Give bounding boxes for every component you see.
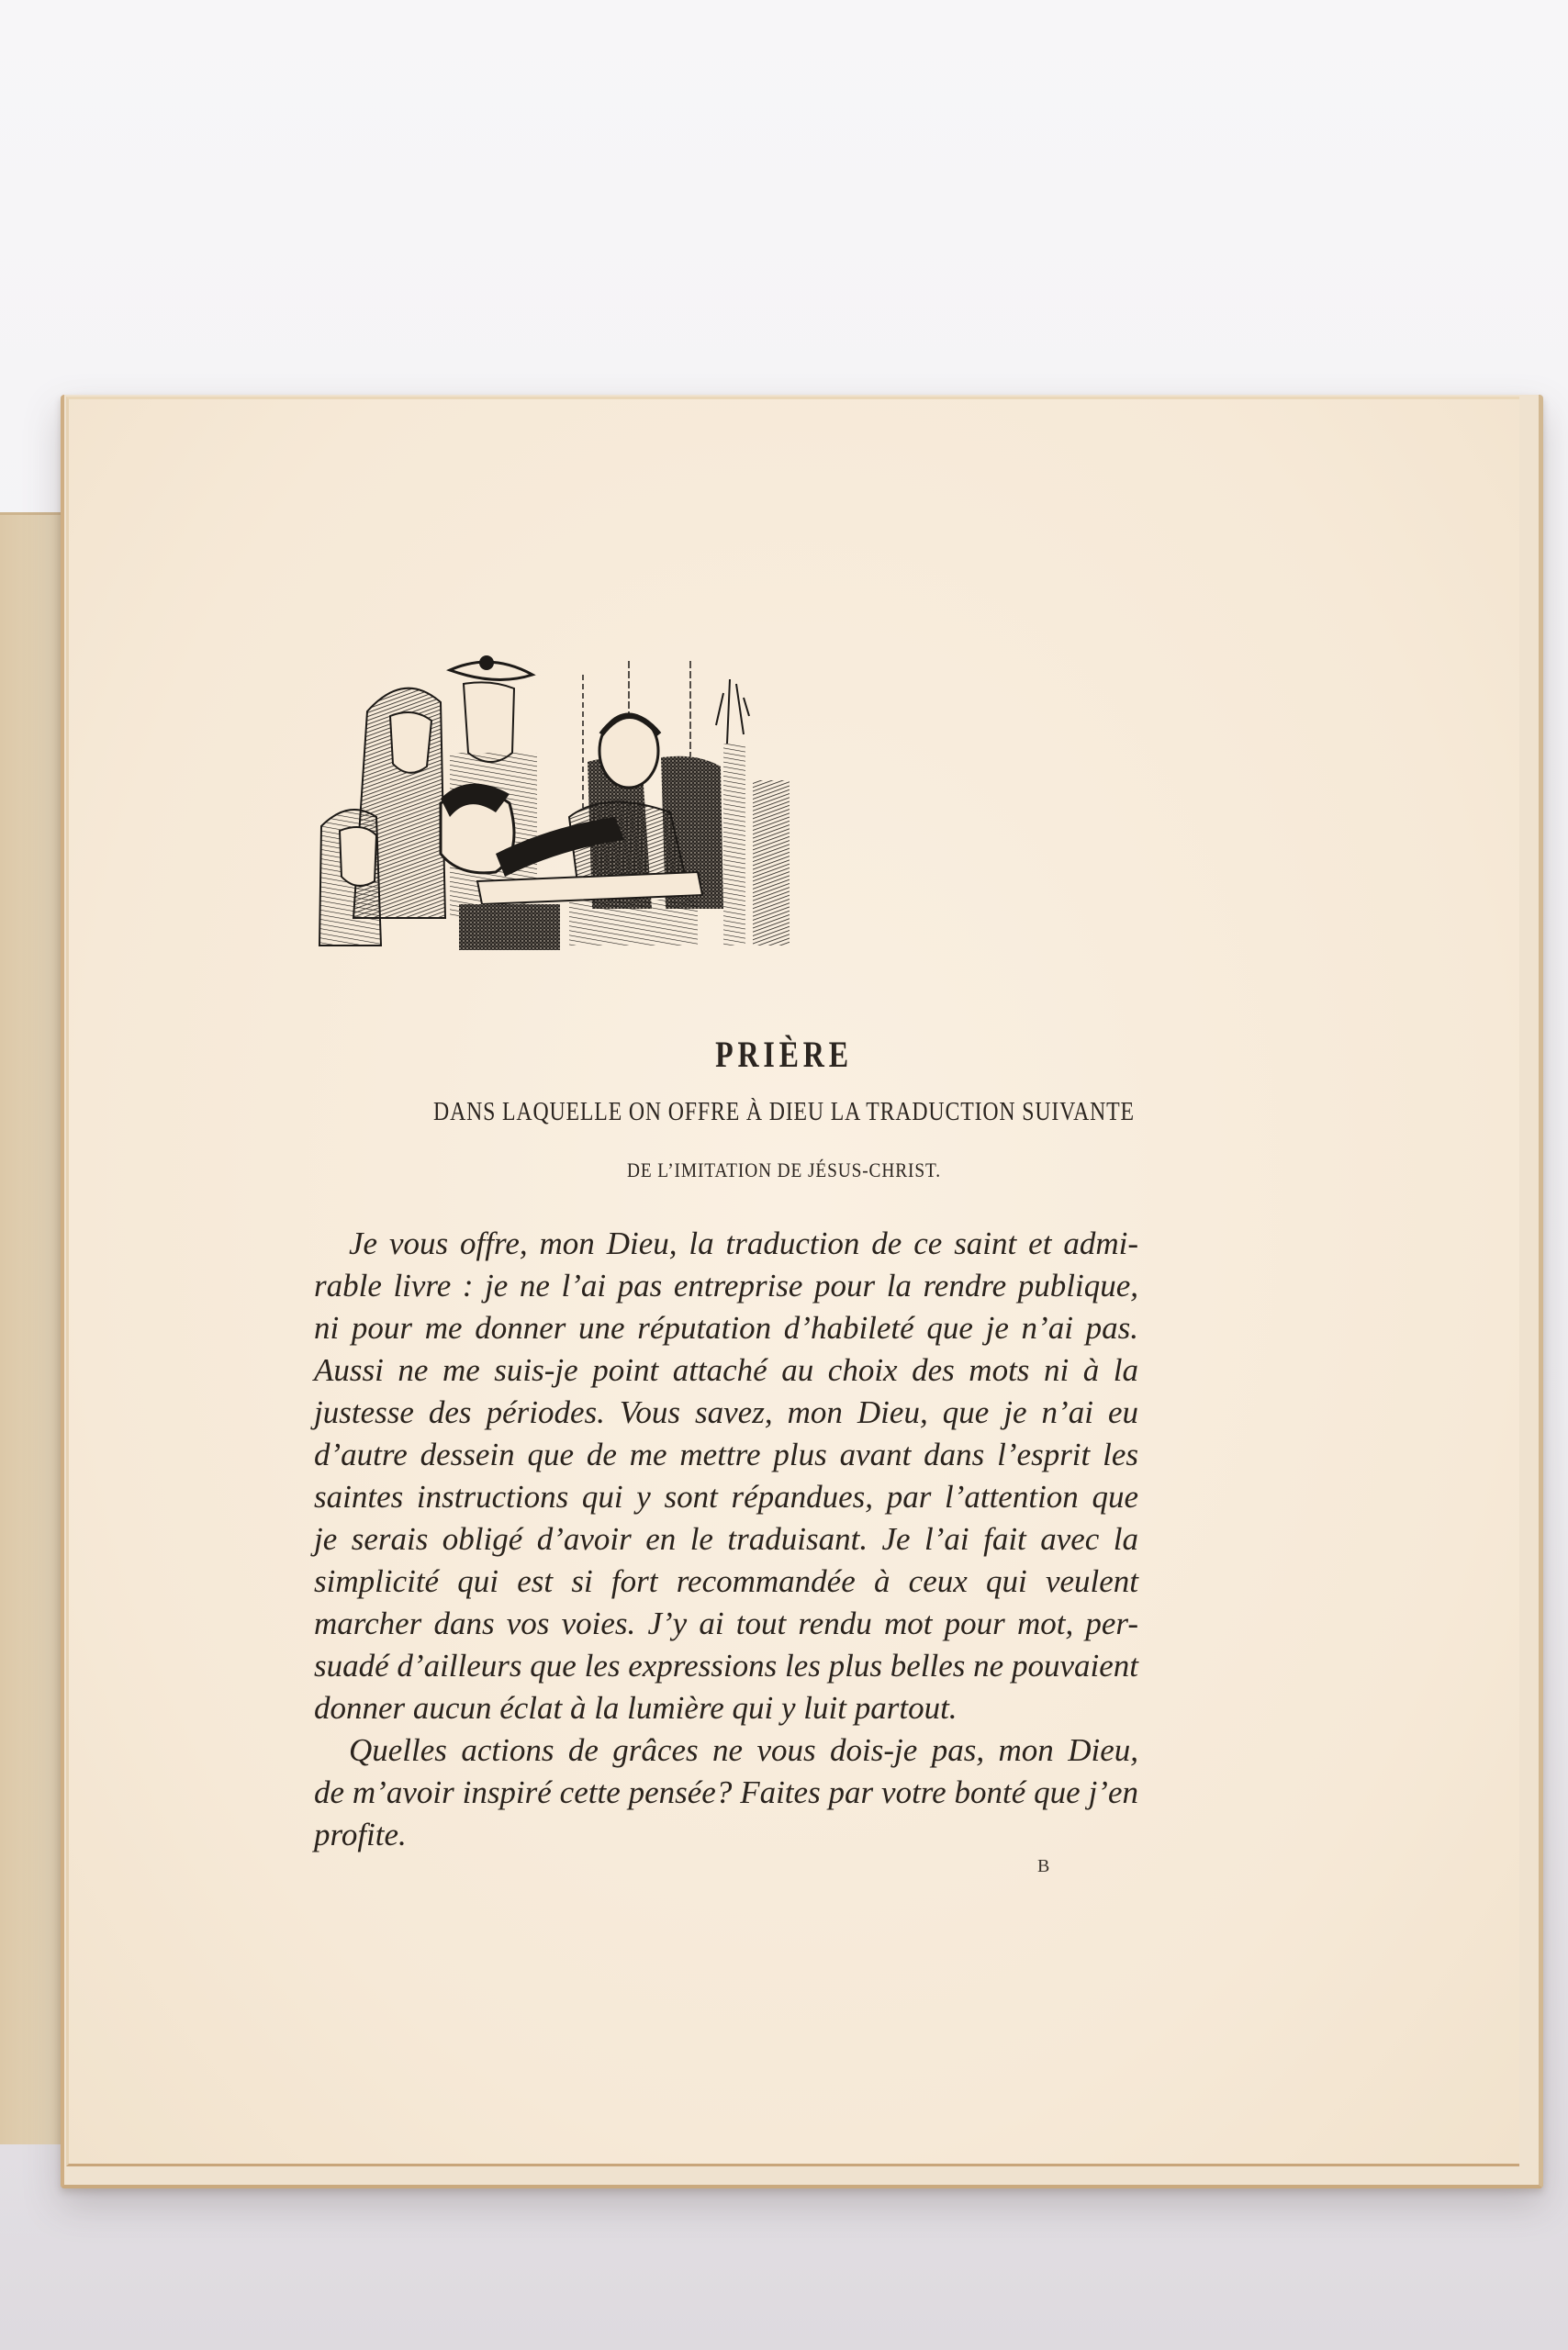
text-line: de m’avoir inspiré cette pensée? Faites … — [314, 1772, 1138, 1814]
text-line: simplicité qui est si fort recommandée à… — [314, 1561, 1138, 1603]
text-line: suadé d’ailleurs que les expressions les… — [314, 1645, 1138, 1687]
text-line: Je vous offre, mon Dieu, la traduction d… — [314, 1223, 1138, 1265]
text-line: ni pour me donner une réputation d’habil… — [314, 1307, 1138, 1349]
engraving-illustration — [312, 643, 1175, 955]
text-line: justesse des périodes. Vous savez, mon D… — [314, 1392, 1138, 1434]
signature-mark: B — [1037, 1856, 1049, 1877]
page-subtitle-line-2: DE L’IMITATION DE JÉSUS-CHRIST. — [94, 1158, 1473, 1182]
text-line: rable livre : je ne l’ai pas entreprise … — [314, 1265, 1138, 1307]
text-line: je serais obligé d’avoir en le traduisan… — [314, 1518, 1138, 1561]
text-line: Quelles actions de grâces ne vous dois-j… — [314, 1729, 1138, 1772]
text-line: saintes instructions qui y sont répandue… — [314, 1476, 1138, 1518]
text-line: Aussi ne me suis-je point attaché au cho… — [314, 1349, 1138, 1392]
text-line: donner aucun éclat à la lumière qui y lu… — [314, 1687, 1138, 1729]
page-title: PRIÈRE — [157, 1033, 1411, 1076]
page-subtitle: DANS LAQUELLE ON OFFRE À DIEU LA TRADUCT… — [118, 1098, 1450, 1127]
text-line: marcher dans vos voies. J’y ai tout rend… — [314, 1603, 1138, 1645]
text-line: d’autre dessein que de me mettre plus av… — [314, 1434, 1138, 1476]
body-text: Je vous offre, mon Dieu, la traduction d… — [314, 1223, 1138, 1856]
text-line: profite. — [314, 1814, 1138, 1856]
